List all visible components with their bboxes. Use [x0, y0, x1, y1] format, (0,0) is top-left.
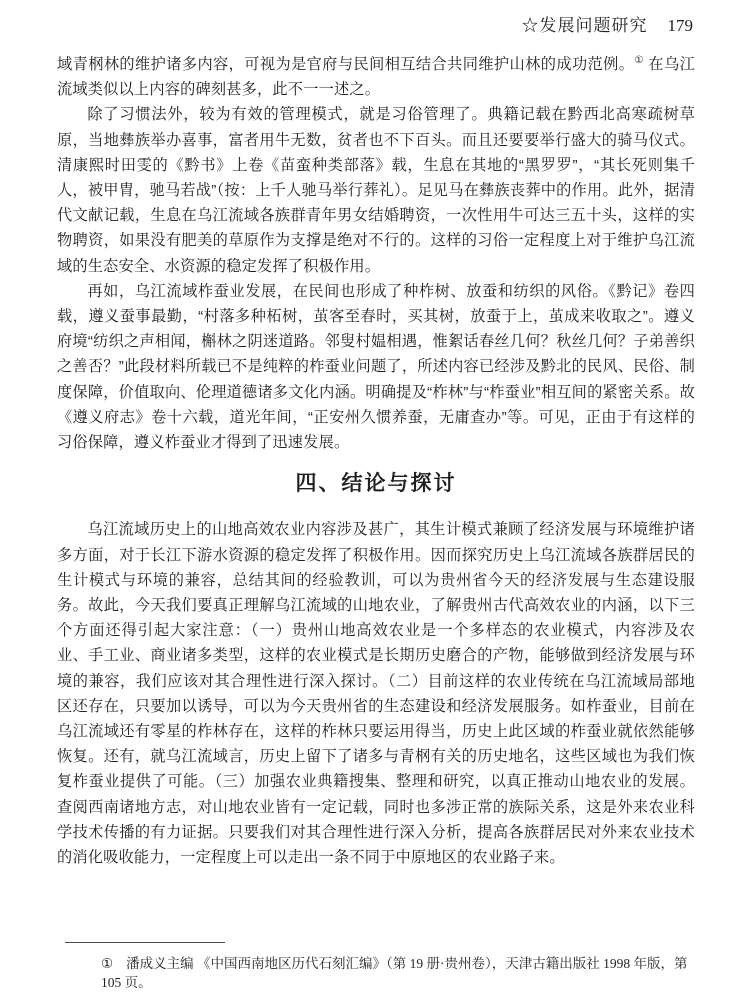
document-page: ☆发展问题研究 179 域青㭎林的维护诸多内容，可视为是官府与民间相互结合共同维… — [0, 0, 750, 1000]
paragraph-continuation: 域青㭎林的维护诸多内容，可视为是官府与民间相互结合共同维护山林的成功范例。① 在… — [57, 52, 695, 102]
paragraph-tussah-silk: 再如，乌江流域柞蚕业发展，在民间也形成了种柞树、放蚕和纺织的风俗。《黔记》卷四载… — [57, 279, 695, 455]
paragraph-text-pre: 域青㭎林的维护诸多内容，可视为是官府与民间相互结合共同维护山林的成功范例。 — [57, 56, 634, 73]
article-body: 域青㭎林的维护诸多内容，可视为是官府与民间相互结合共同维护山林的成功范例。① 在… — [57, 52, 695, 870]
footnote: ①潘成义主编 《中国西南地区历代石刻汇编》（第 19 册·贵州卷），天津古籍出版… — [57, 954, 700, 992]
page-header: ☆发展问题研究 179 — [57, 16, 695, 36]
footnote-separator — [65, 942, 225, 943]
paragraph-custom-management: 除了习惯法外，较为有效的管理模式，就是习俗管理了。典籍记载在黔西北高寒疏树草原，… — [57, 102, 695, 278]
footnote-marker: ① — [101, 956, 113, 971]
footnote-area: ①潘成义主编 《中国西南地区历代石刻汇编》（第 19 册·贵州卷），天津古籍出版… — [57, 942, 700, 992]
section-heading: 四、结论与探讨 — [57, 471, 695, 496]
footnote-text: 潘成义主编 《中国西南地区历代石刻汇编》（第 19 册·贵州卷），天津古籍出版社… — [101, 956, 687, 990]
footnote-ref-marker: ① — [634, 55, 643, 66]
page-number: 179 — [668, 16, 694, 36]
column-title: ☆发展问题研究 — [522, 16, 648, 36]
paragraph-conclusion: 乌江流域历史上的山地高效农业内容涉及甚广，其生计模式兼顾了经济发展与环境维护诸多… — [57, 517, 695, 870]
